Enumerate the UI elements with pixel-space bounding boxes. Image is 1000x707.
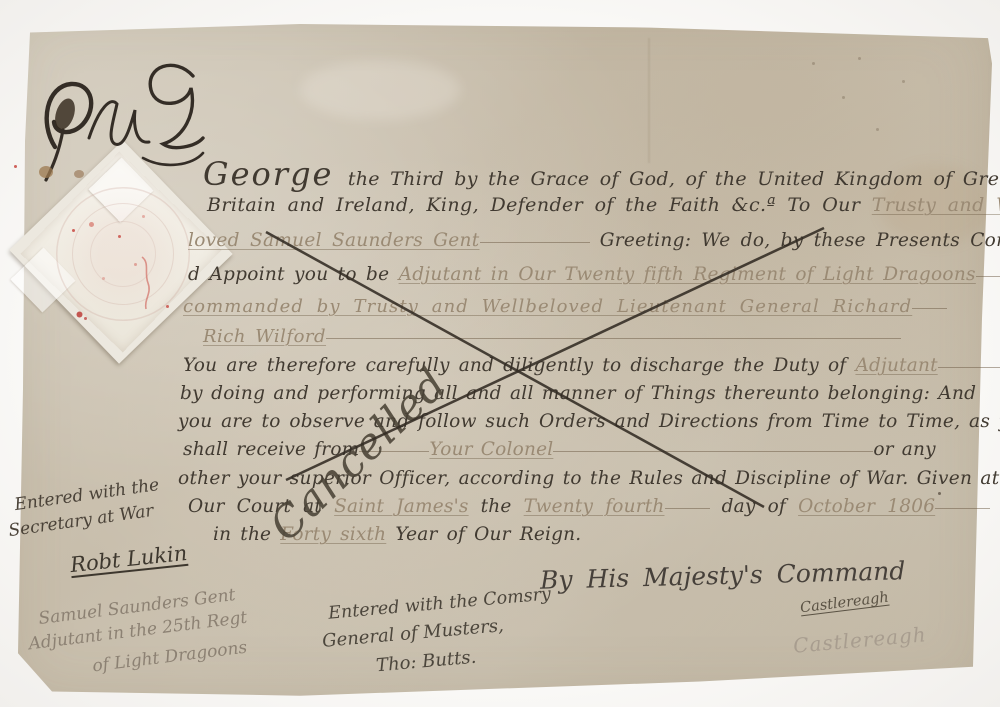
document-line: by doing and performing all and all mann… [180,385,976,404]
text-segment: Rich Wilford [203,326,326,347]
blank-rule [326,336,901,339]
text-segment: Trusty and Wellbe- [872,194,1000,216]
text-segment: you are to observe and follow such Order… [178,411,1000,432]
text-segment: day of [710,496,799,517]
blank-rule [665,506,710,509]
text-segment: the Third by the Grace of God, of the Un… [337,168,1000,190]
photo-background: George the Third by the Grace of God, of… [0,0,1000,707]
text-segment: George [203,155,333,193]
text-segment: Adjutant in Our Twenty fifth Regiment of… [399,264,976,285]
show-through-speck [812,62,815,65]
text-segment: Your Colonel [429,439,553,460]
text-segment: loved Samuel Saunders Gent [188,230,480,251]
text-segment: in the [213,524,280,545]
text-segment: d Appoint you to be [188,264,399,285]
document-line: commanded by Trusty and Wellbeloved Lieu… [183,298,947,316]
document-line: Britain and Ireland, King, Defender of t… [207,196,1000,215]
blank-rule [935,506,990,509]
seal-red-squiggle [14,165,229,350]
document-line: in the Forty sixth Year of Our Reign. [213,526,581,545]
text-segment: or any [873,439,935,460]
show-through-speck [876,128,879,131]
document-line: loved Samuel Saunders Gent Greeting: We … [188,232,1000,251]
show-through-speck [902,80,905,83]
blank-rule [938,365,1000,368]
document-line: You are therefore carefully and diligent… [183,357,1000,376]
document-line: George the Third by the Grace of God, of… [203,158,1000,190]
document-line: d Appoint you to be Adjutant in Our Twen… [188,266,1000,285]
text-segment: Adjutant [855,355,937,376]
royal-signature-george-r [25,52,205,184]
ink-fleck [938,492,941,495]
ink-blot [74,170,84,178]
blank-rule [480,240,590,243]
blank-rule [976,274,1000,277]
text-segment: Britain and Ireland, King, Defender of t… [207,194,872,216]
text-segment: the [469,496,524,517]
text-segment: by doing and performing all and all mann… [180,383,976,404]
document-line: shall receive fromYour Colonelor any [183,441,936,460]
text-segment: Greeting: We do, by these Presents Const… [590,230,1000,251]
text-segment: You are therefore carefully and diligent… [183,355,855,376]
show-through-speck [842,96,845,99]
text-segment: commanded by Trusty and Wellbeloved Lieu… [183,296,912,317]
document-line: Rich Wilford [203,328,901,346]
text-segment: Twenty fourth [524,496,665,517]
fold-crease [648,38,650,163]
text-segment: Year of Our Reign. [386,524,581,545]
text-segment: October 1806 [798,496,935,517]
wafer-seal [14,165,229,350]
ink-blot [39,166,53,178]
blank-rule [912,306,947,309]
document-line: you are to observe and follow such Order… [178,413,1000,432]
text-segment: Saint James's [334,496,468,517]
show-through-speck [858,57,861,60]
light-patch [300,60,460,120]
blank-rule [553,449,873,452]
